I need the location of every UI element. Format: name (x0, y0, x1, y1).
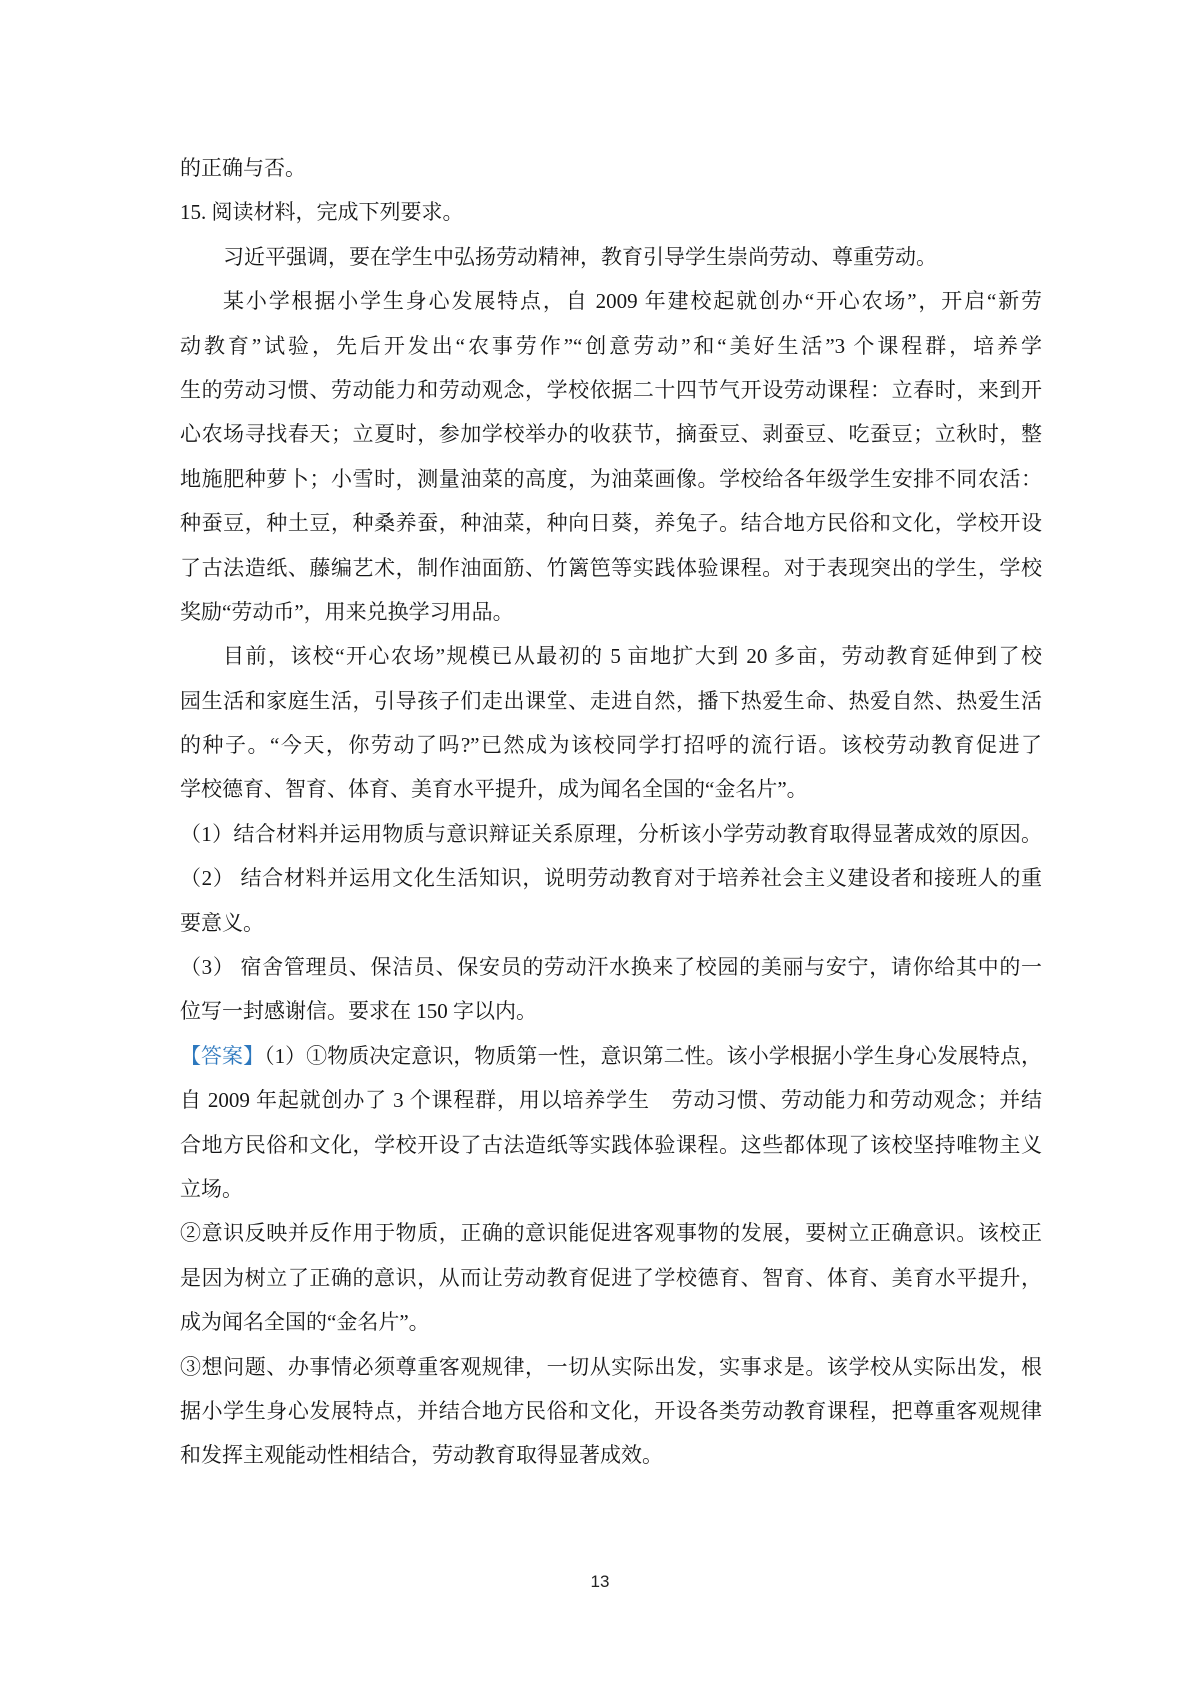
text-line: （1）结合材料并运用物质与意识辩证关系原理，分析该小学劳动教育取得显著成效的原因… (180, 812, 1042, 856)
text-line: 园生活和家庭生活，引导孩子们走出课堂、走进自然，播下热爱生命、热爱自然、热爱生活 (180, 679, 1042, 723)
text-line: 某小学根据小学生身心发展特点，自 2009 年建校起就创办“开心农场”，开启“新… (180, 279, 1042, 323)
text-line: （2） 结合材料并运用文化生活知识，说明劳动教育对于培养社会主义建设者和接班人的… (180, 856, 1042, 900)
document-page: 的正确与否。15. 阅读材料，完成下列要求。习近平强调，要在学生中弘扬劳动精神，… (0, 0, 1200, 1698)
text-line: 据小学生身心发展特点，并结合地方民俗和文化，开设各类劳动教育课程，把尊重客观规律 (180, 1389, 1042, 1433)
text-run: （1）①物质决定意识，物质第一性，意识第二性。该小学根据小学生身心发展特点， (264, 1044, 1042, 1068)
text-line: 了古法造纸、藤编艺术，制作油面筋、竹篱笆等实践体验课程。对于表现突出的学生，学校 (180, 546, 1042, 590)
text-line: 是因为树立了正确的意识，从而让劳动教育促进了学校德育、智育、体育、美育水平提升， (180, 1256, 1042, 1300)
text-line: 和发挥主观能动性相结合，劳动教育取得显著成效。 (180, 1433, 1042, 1477)
text-line: 目前，该校“开心农场”规模已从最初的 5 亩地扩大到 20 多亩，劳动教育延伸到… (180, 634, 1042, 678)
text-line: 动教育”试验，先后开发出“农事劳作”“创意劳动”和“美好生活”3 个课程群，培养… (180, 324, 1042, 368)
text-line: 习近平强调，要在学生中弘扬劳动精神，教育引导学生崇尚劳动、尊重劳动。 (180, 235, 1042, 279)
text-line: 【答案】（1）①物质决定意识，物质第一性，意识第二性。该小学根据小学生身心发展特… (180, 1034, 1042, 1078)
text-line: 的正确与否。 (180, 146, 1042, 190)
text-line: 种蚕豆，种土豆，种桑养蚕，种油菜，种向日葵，养兔子。结合地方民俗和文化，学校开设 (180, 501, 1042, 545)
text-line: 地施肥种萝卜；小雪时，测量油菜的高度，为油菜画像。学校给各年级学生安排不同农活： (180, 457, 1042, 501)
text-line: 位写一封感谢信。要求在 150 字以内。 (180, 989, 1042, 1033)
text-line: ②意识反映并反作用于物质，正确的意识能促进客观事物的发展，要树立正确意识。该校正 (180, 1211, 1042, 1255)
text-line: 学校德育、智育、体育、美育水平提升，成为闻名全国的“金名片”。 (180, 767, 1042, 811)
answer-label: 【答案】 (180, 1044, 264, 1068)
text-line: 合地方民俗和文化，学校开设了古法造纸等实践体验课程。这些都体现了该校坚持唯物主义 (180, 1123, 1042, 1167)
text-line: 立场。 (180, 1167, 1042, 1211)
text-line: 要意义。 (180, 901, 1042, 945)
text-line: ③想问题、办事情必须尊重客观规律，一切从实际出发，实事求是。该学校从实际出发，根 (180, 1345, 1042, 1389)
text-line: 成为闻名全国的“金名片”。 (180, 1300, 1042, 1344)
text-line: 奖励“劳动币”，用来兑换学习用品。 (180, 590, 1042, 634)
page-number: 13 (0, 1572, 1200, 1592)
text-line: 心农场寻找春天；立夏时，参加学校举办的收获节，摘蚕豆、剥蚕豆、吃蚕豆；立秋时，整 (180, 412, 1042, 456)
text-line: 生的劳动习惯、劳动能力和劳动观念，学校依据二十四节气开设劳动课程：立春时，来到开 (180, 368, 1042, 412)
text-line: 15. 阅读材料，完成下列要求。 (180, 190, 1042, 234)
text-line: （3） 宿舍管理员、保洁员、保安员的劳动汗水换来了校园的美丽与安宁，请你给其中的… (180, 945, 1042, 989)
document-body: 的正确与否。15. 阅读材料，完成下列要求。习近平强调，要在学生中弘扬劳动精神，… (180, 146, 1042, 1478)
text-line: 的种子。“今天，你劳动了吗?”已然成为该校同学打招呼的流行语。该校劳动教育促进了 (180, 723, 1042, 767)
text-line: 自 2009 年起就创办了 3 个课程群，用以培养学生 劳动习惯、劳动能力和劳动… (180, 1078, 1042, 1122)
